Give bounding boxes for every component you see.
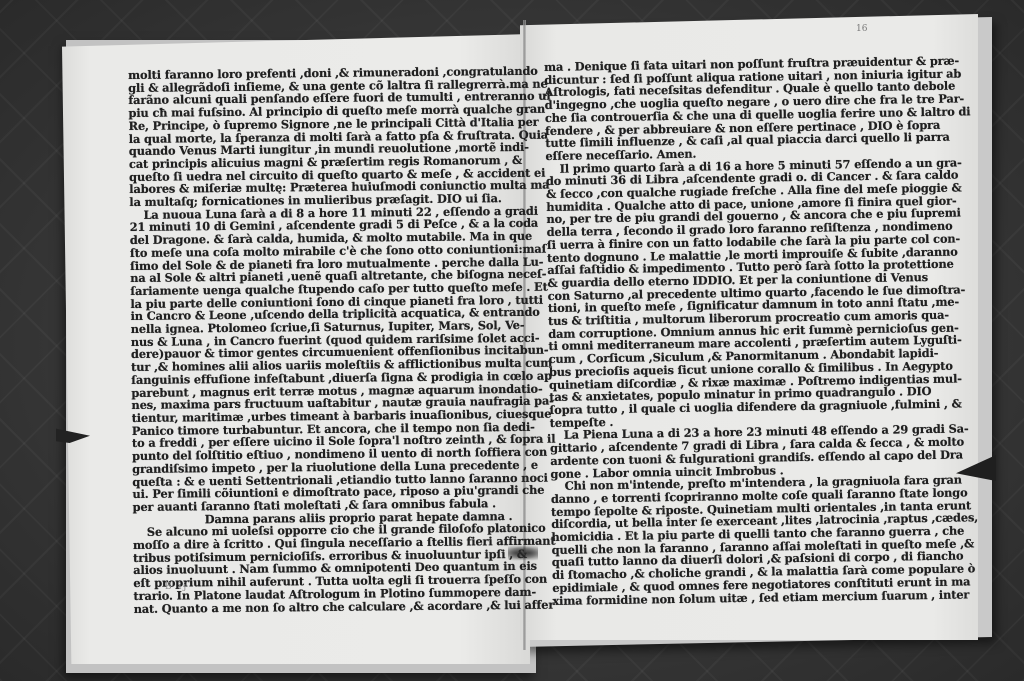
left-page-text: molti faranno loro prefenti ,doni ,& rim… [128,65,557,616]
signature-mark: B ij [165,582,188,592]
ink-stain [508,545,538,561]
page-number: 16 [856,24,867,34]
right-page-text: ma . Denique ſi fata uitari non poſſunt … [544,54,979,607]
